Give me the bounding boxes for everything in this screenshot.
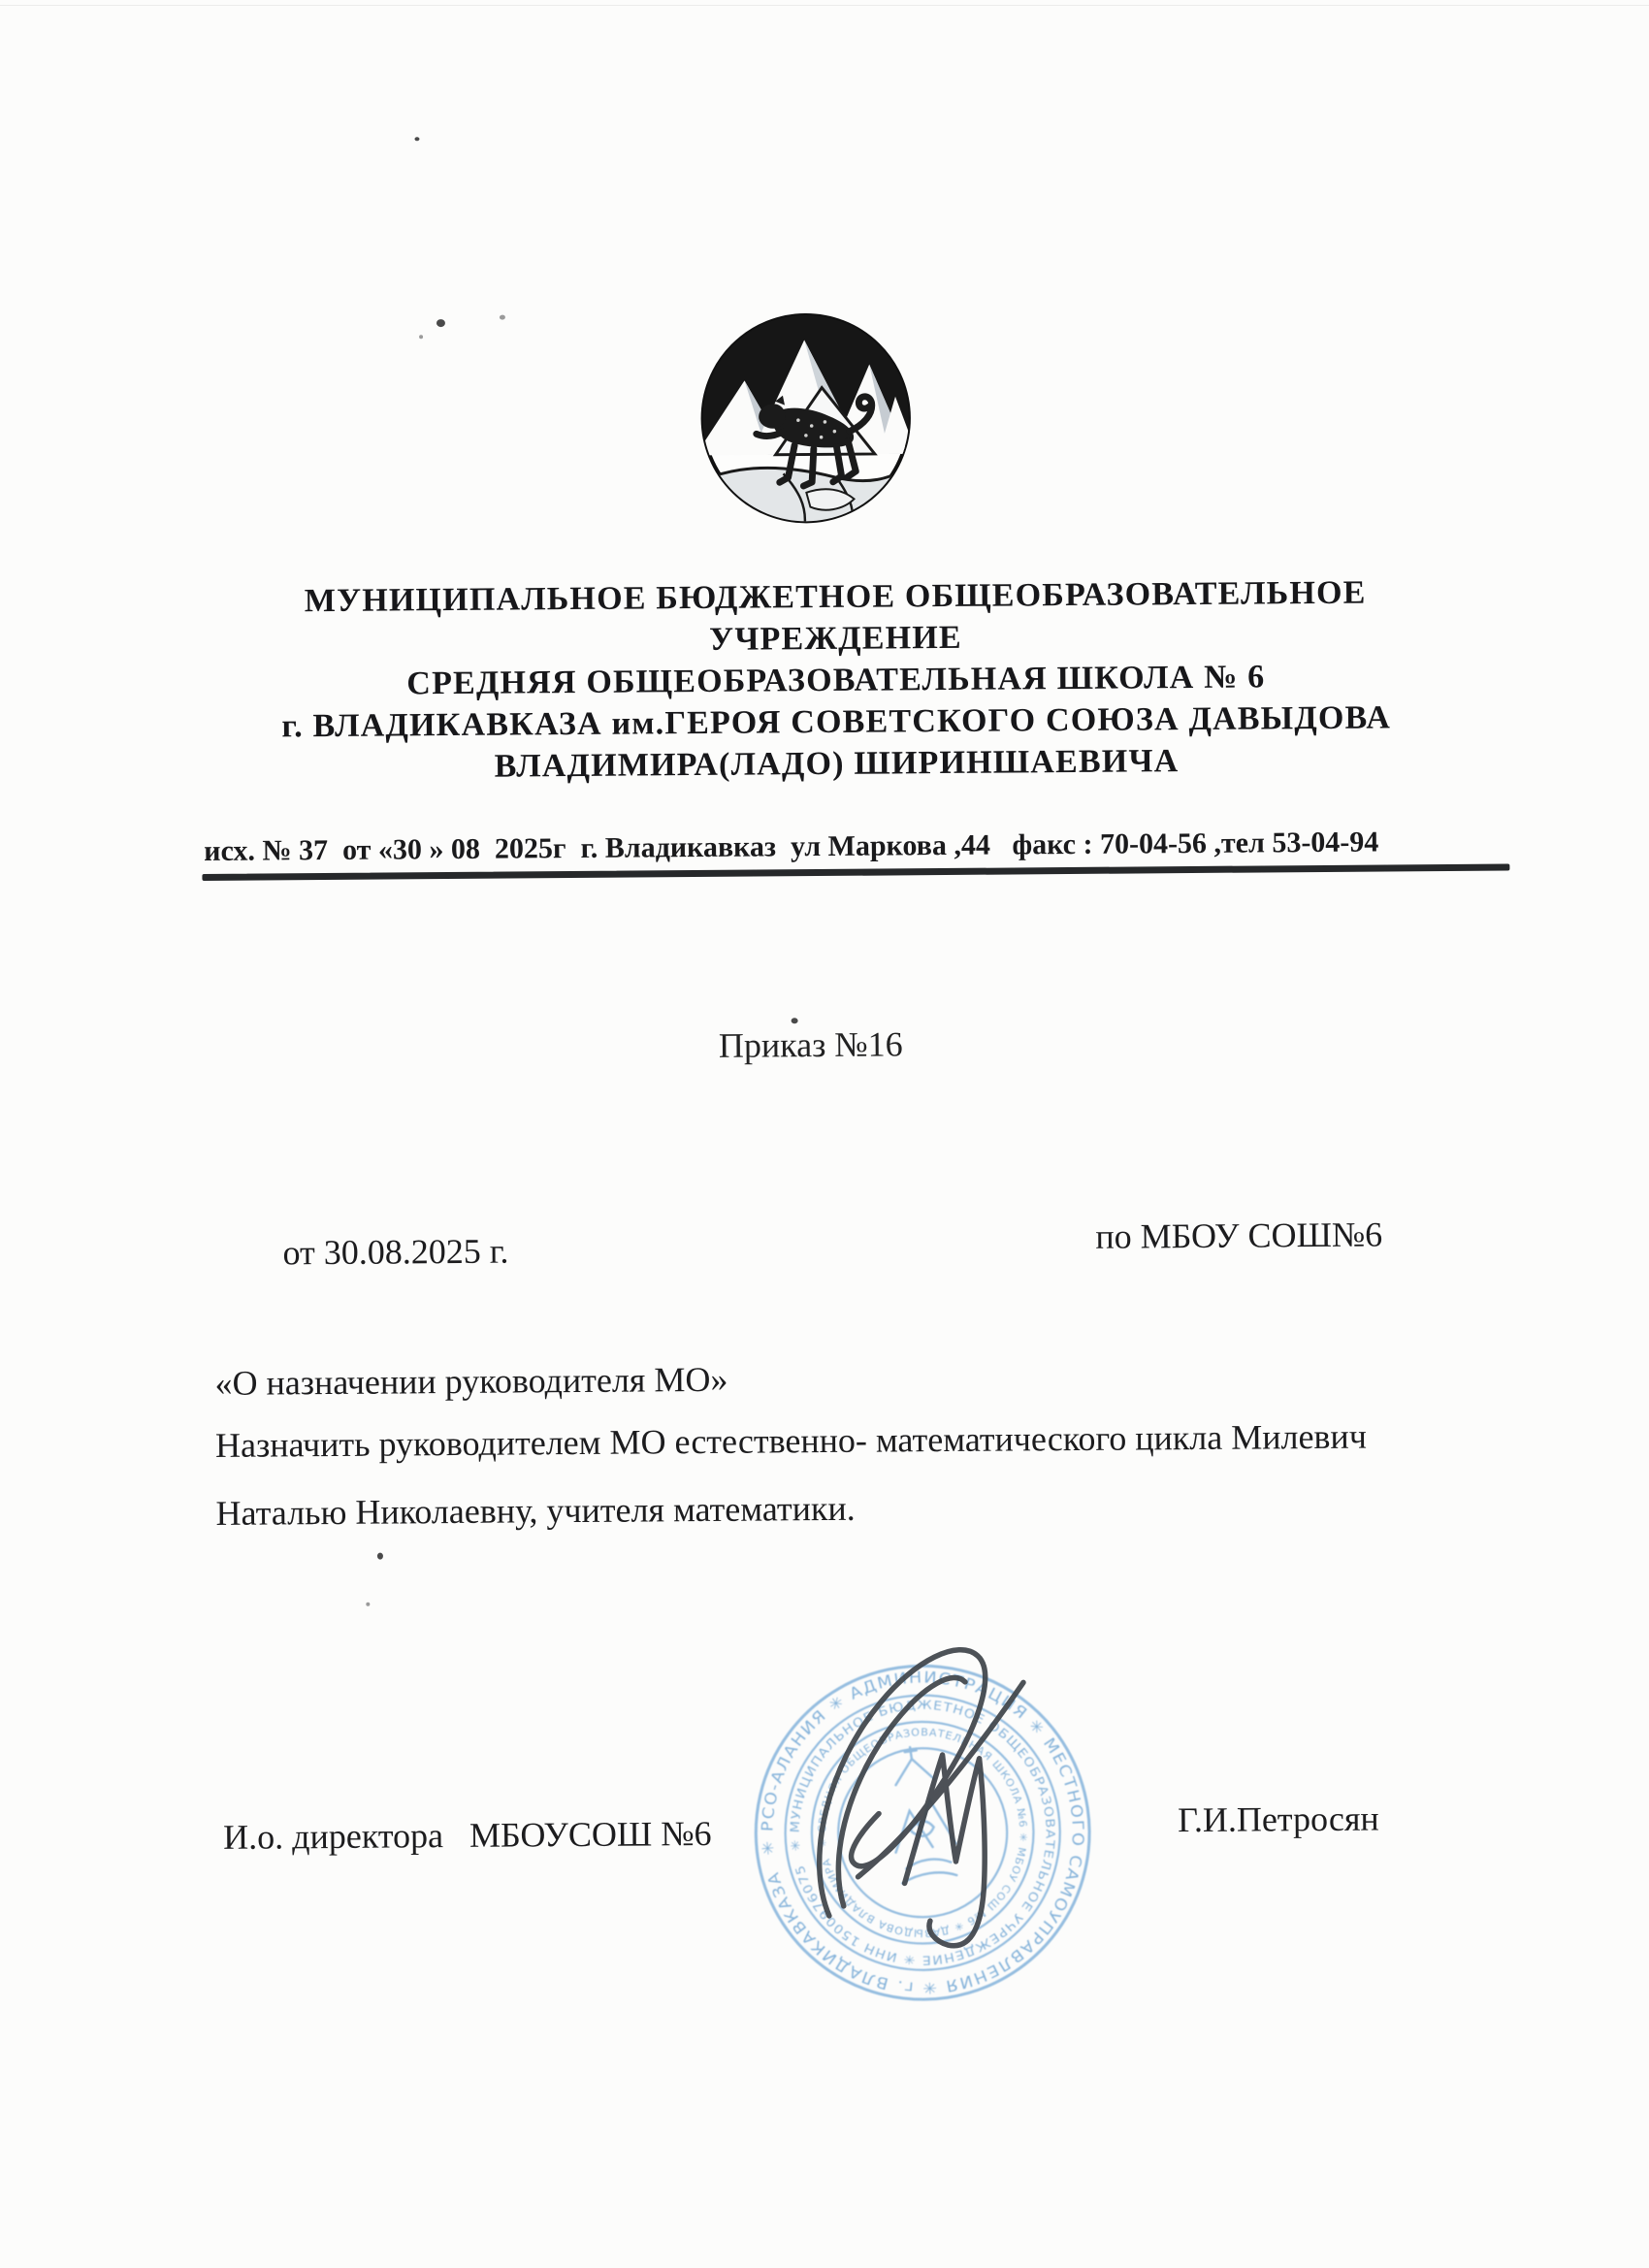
document-page: МУНИЦИПАЛЬНОЕ БЮДЖЕТНОЕ ОБЩЕОБРАЗОВАТЕЛЬ… bbox=[0, 0, 1649, 2268]
dust-speck bbox=[366, 1603, 370, 1606]
order-body-line: Назначить руководителем МО естественно- … bbox=[215, 1416, 1367, 1466]
signature-role: И.о. директора МБОУСОШ №6 bbox=[223, 1813, 712, 1858]
order-title: Приказ №16 bbox=[0, 1019, 1622, 1072]
dust-speck bbox=[436, 319, 445, 327]
order-body-line: Наталью Николаевну, учителя математики. bbox=[215, 1488, 855, 1534]
order-addressee: по МБОУ СОШ№6 bbox=[1095, 1214, 1382, 1256]
dust-speck bbox=[414, 137, 419, 141]
reference-line: исх. № 37 от «30 » 08 2025г г. Владикавк… bbox=[204, 825, 1513, 868]
dust-speck bbox=[419, 335, 423, 339]
school-logo bbox=[691, 308, 921, 533]
dust-speck bbox=[792, 1018, 798, 1023]
dust-speck bbox=[500, 315, 505, 320]
emblem-mountains-snow-leopard-icon bbox=[691, 308, 921, 533]
scanned-content: МУНИЦИПАЛЬНОЕ БЮДЖЕТНОЕ ОБЩЕОБРАЗОВАТЕЛЬ… bbox=[0, 0, 1649, 2268]
org-header: МУНИЦИПАЛЬНОЕ БЮДЖЕТНОЕ ОБЩЕОБРАЗОВАТЕЛЬ… bbox=[142, 570, 1531, 790]
handwritten-signature bbox=[798, 1628, 1069, 1967]
order-date: от 30.08.2025 г. bbox=[282, 1231, 508, 1274]
signature-name: Г.И.Петросян bbox=[1178, 1798, 1379, 1841]
order-subject: «О назначении руководителя МО» bbox=[214, 1359, 727, 1404]
dust-speck bbox=[377, 1553, 383, 1560]
signature-ink-icon bbox=[798, 1628, 1069, 1967]
